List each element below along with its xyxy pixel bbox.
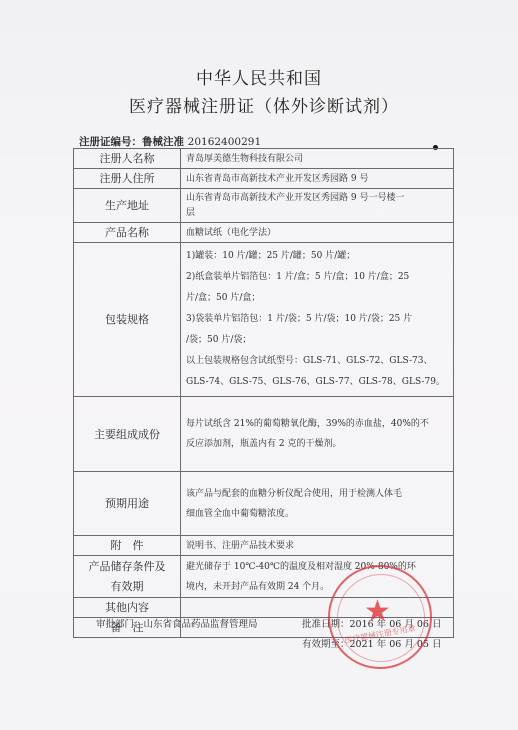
- row-label: 注册人住所: [74, 169, 181, 189]
- registration-number: 注册证编号：鲁械注准 20162400291: [79, 134, 261, 149]
- certificate-table: 注册人名称 青岛厚美德生物科技有限公司 注册人住所 山东省青岛市高新技术产业开发…: [73, 148, 454, 638]
- row-value: 血糖试纸（电化学法）: [181, 223, 454, 243]
- table-row: 附 件 说明书、注册产品技术要求: [74, 536, 454, 556]
- row-label: 生产地址: [74, 189, 181, 223]
- row-label: 主要组成成份: [74, 397, 181, 472]
- row-label: 产品名称: [74, 223, 181, 243]
- title-country: 中华人民共和国: [0, 64, 518, 89]
- row-label: 其他内容: [74, 598, 181, 618]
- row-label: 产品储存条件及 有效期: [74, 556, 181, 598]
- row-value: 说明书、注册产品技术要求: [181, 536, 454, 556]
- table-row: 包装规格 1)罐装：10 片/罐；25 片/罐；50 片/罐； 2)纸盒装单片铝…: [74, 243, 454, 397]
- table-row: 注册人名称 青岛厚美德生物科技有限公司: [74, 149, 454, 169]
- registration-number-value: 20162400291: [188, 136, 262, 148]
- row-label: 注册人名称: [74, 149, 181, 169]
- row-value: 青岛厚美德生物科技有限公司: [181, 149, 454, 169]
- row-label: 包装规格: [74, 243, 181, 397]
- row-value: 每片试纸含 21%的葡萄糖氧化酶，39%的赤血盐，40%的不 反应添加剂，瓶盖内…: [181, 397, 454, 472]
- approving-department: 审批部门：山东省食品药品监督管理局: [96, 616, 258, 630]
- row-value: 山东省青岛市高新技术产业开发区秀园路 9 号: [181, 169, 454, 189]
- row-label: 附 件: [74, 536, 181, 556]
- star-icon: ★: [364, 597, 391, 627]
- table-row: 注册人住所 山东省青岛市高新技术产业开发区秀园路 9 号: [74, 169, 454, 189]
- registration-number-label: 注册证编号：鲁械注准: [79, 136, 184, 148]
- table-row: 产品名称 血糖试纸（电化学法）: [74, 223, 454, 243]
- certificate-page: 中华人民共和国 医疗器械注册证（体外诊断试剂） 注册证编号：鲁械注准 20162…: [0, 0, 518, 730]
- row-value: 山东省青岛市高新技术产业开发区秀园路 9 号一号楼一 层: [181, 189, 454, 223]
- table-row: 生产地址 山东省青岛市高新技术产业开发区秀园路 9 号一号楼一 层: [74, 189, 454, 223]
- table-row: 主要组成成份 每片试纸含 21%的葡萄糖氧化酶，39%的赤血盐，40%的不 反应…: [74, 397, 454, 472]
- row-value: 1)罐装：10 片/罐；25 片/罐；50 片/罐； 2)纸盒装单片铝箔包：1 …: [181, 243, 454, 397]
- row-label: 预期用途: [74, 472, 181, 536]
- table-row: 预期用途 该产品与配套的血糖分析仪配合使用，用于检测人体毛 细血管全血中葡萄糖浓…: [74, 472, 454, 536]
- row-value: 该产品与配套的血糖分析仪配合使用，用于检测人体毛 细血管全血中葡萄糖浓度。: [181, 472, 454, 536]
- title-certificate: 医疗器械注册证（体外诊断试剂）: [0, 92, 518, 117]
- official-seal: ★ 医疗器械注册专用章: [328, 565, 432, 669]
